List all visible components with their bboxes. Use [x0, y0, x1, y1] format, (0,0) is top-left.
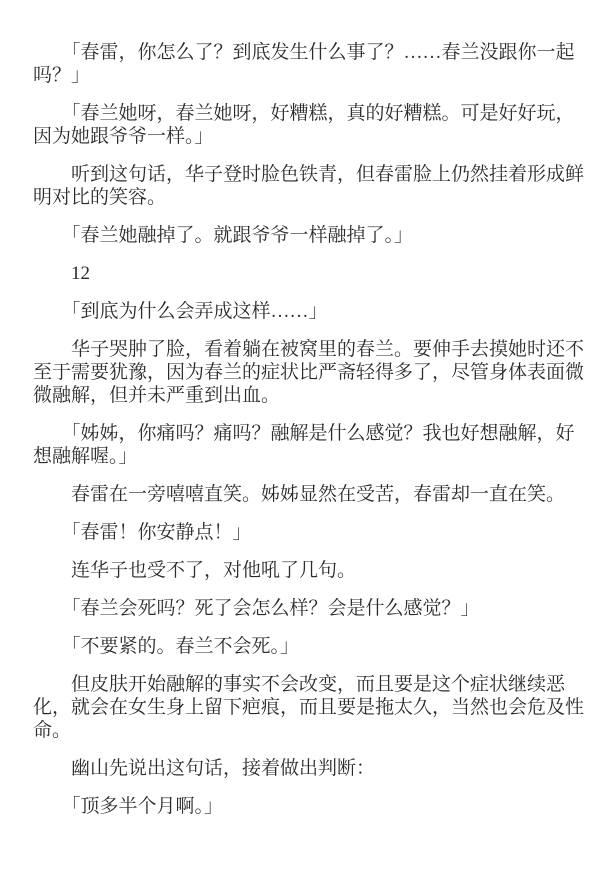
paragraph: 「春雷！你安静点！」	[33, 521, 589, 544]
paragraph: 听到这句话，华子登时脸色铁青，但春雷脸上仍然挂着形成鲜 明对比的笑容。	[33, 163, 589, 209]
paragraph: 华子哭肿了脸，看着躺在被窝里的春兰。要伸手去摸她时还不 至于需要犹豫，因为春兰的…	[33, 338, 589, 407]
section-number: 12	[33, 262, 589, 285]
paragraph: 「到底为什么会弄成这样……」	[33, 300, 589, 323]
paragraph: 「姊姊，你痛吗？痛吗？融解是什么感觉？我也好想融解，好 想融解喔。」	[33, 422, 589, 468]
paragraph: 幽山先说出这句话，接着做出判断：	[33, 757, 589, 780]
paragraph: 「春兰她融掉了。就跟爷爷一样融掉了。」	[33, 224, 589, 247]
paragraph: 春雷在一旁嘻嘻直笑。姊姊显然在受苦，春雷却一直在笑。	[33, 483, 589, 506]
paragraph: 「春兰会死吗？死了会怎么样？会是什么感觉？」	[33, 597, 589, 620]
book-page: 「春雷，你怎么了？到底发生什么事了？……春兰没跟你一起 吗？」 「春兰她呀，春兰…	[0, 0, 613, 869]
paragraph: 「春雷，你怎么了？到底发生什么事了？……春兰没跟你一起 吗？」	[33, 41, 589, 87]
paragraph: 「春兰她呀，春兰她呀，好糟糕，真的好糟糕。可是好好玩， 因为她跟爷爷一样。」	[33, 102, 589, 148]
paragraph: 连华子也受不了，对他吼了几句。	[33, 559, 589, 582]
paragraph: 但皮肤开始融解的事实不会改变，而且要是这个症状继续恶 化，就会在女生身上留下疤痕…	[33, 673, 589, 742]
paragraph: 「顶多半个月啊。」	[33, 795, 589, 818]
paragraph: 「不要紧的。春兰不会死。」	[33, 635, 589, 658]
